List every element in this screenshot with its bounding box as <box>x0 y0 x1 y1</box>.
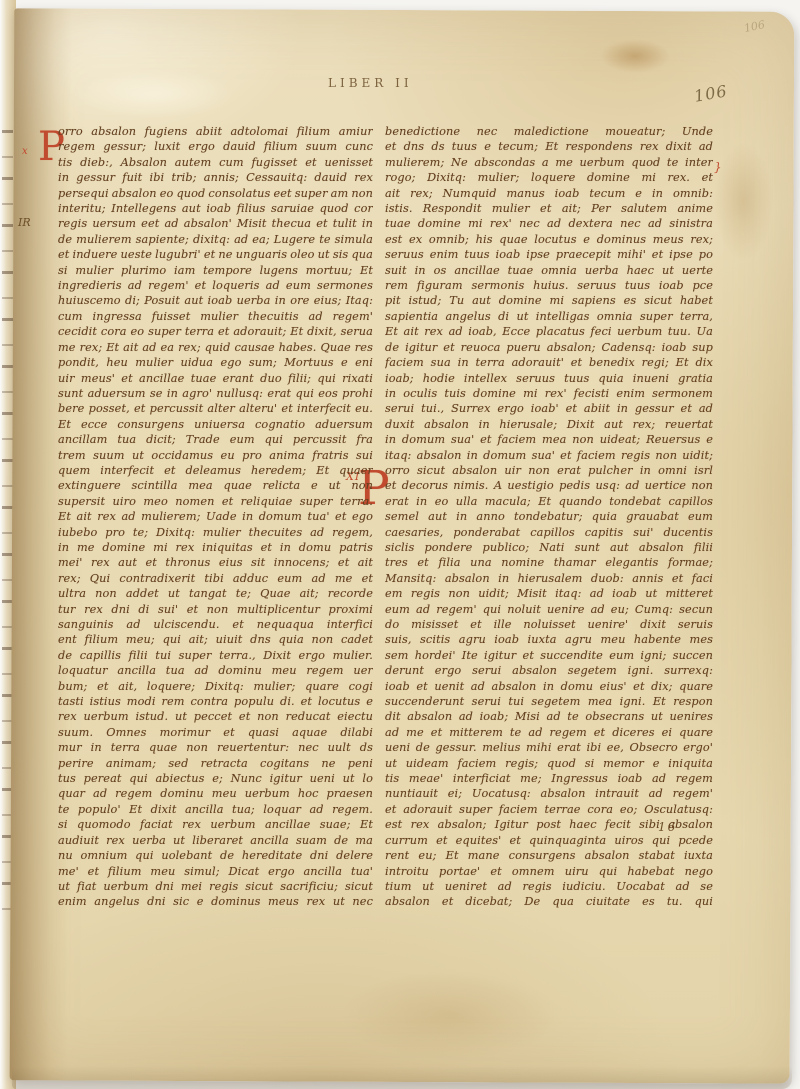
manuscript-line: sanguinis ad ulciscendu. et nequaqua int… <box>58 617 373 632</box>
manuscript-line: tuae domine mi rex' nec ad dextera nec a… <box>385 216 713 231</box>
manuscript-line: nu omnium qui uolebant de hereditate dni… <box>58 848 373 863</box>
manuscript-line: me rex; Et ait ad ea rex; quid causae ha… <box>58 340 373 355</box>
manuscript-line: orro absalon fugiens abiit adtolomai fil… <box>58 124 373 139</box>
manuscript-line: derunt ergo serui absalon segetem igni. … <box>385 663 713 678</box>
manuscript-line: et induere ueste lugubri' et ne unguaris… <box>58 247 373 262</box>
manuscript-line: perire animam; sed retracta cogitans ne … <box>58 756 373 771</box>
manuscript-line: erat in eo ulla macula; Et quando tondeb… <box>385 494 713 509</box>
manuscript-line: sem hordei' Ite igitur et succendite eum… <box>385 648 713 663</box>
manuscript-line: tis meae' interficiat me; Ingressus ioab… <box>385 771 713 786</box>
parchment-highlight <box>74 69 234 120</box>
manuscript-line: duxit absalon in hierusale; Dixit aut re… <box>385 417 713 432</box>
manuscript-line: bere posset, et percussit alter alteru' … <box>58 401 373 416</box>
manuscript-line: in gessur fuit ibi trib; annis; Cessauit… <box>58 170 373 185</box>
manuscript-line: et decorus nimis. A uestigio pedis usq: … <box>385 478 713 493</box>
text-column-right: benedictione nec maledictione moueatur; … <box>385 124 713 910</box>
manuscript-line: trem suum ut occidamus eu pro anima frat… <box>58 448 373 463</box>
manuscript-line: ingredieris ad regem' et loqueris ad eum… <box>58 278 373 293</box>
manuscript-line: Et ait rex ad mulierem; Uade in domum tu… <box>58 509 373 524</box>
manuscript-line: caesaries, ponderabat capillos capitis s… <box>385 525 713 540</box>
manuscript-line: pondit, heu mulier uidua ego sum; Mortuu… <box>58 355 373 370</box>
manuscript-line: suis, scitis agru ioab iuxta agru meu ha… <box>385 632 713 647</box>
manuscript-line: rogo; Dixitq: mulier; loquere domine mi … <box>385 170 713 185</box>
manuscript-line: semel aut in anno tondebatur; quia graua… <box>385 509 713 524</box>
manuscript-line: enim angelus dni sic e dominus meus rex … <box>58 894 373 909</box>
running-title: LIBER II <box>328 76 413 90</box>
manuscript-line: do misisset et ille noluisset uenire' di… <box>385 617 713 632</box>
manuscript-line: cum ingressa fuisset mulier thecuitis ad… <box>58 309 373 324</box>
manuscript-line: absalon et dicebat; De qua ciuitate es t… <box>385 894 713 909</box>
manuscript-line: mur in terra quae non reuertentur: nec u… <box>58 740 373 755</box>
manuscript-line: tium ut ueniret ad regis iudiciu. Uocaba… <box>385 879 713 894</box>
manuscript-line: in oculis tuis domine mi rex' fecisti en… <box>385 386 713 401</box>
manuscript-line: ultra non addet ut tangat te; Quae ait; … <box>58 586 373 601</box>
manuscript-line: mei' rex aut et thronus eius sit innocen… <box>58 555 373 570</box>
manuscript-line: suum. Omnes morimur et quasi aquae dilab… <box>58 725 373 740</box>
manuscript-line: rex; Qui contradixerit tibi adduc eum ad… <box>58 571 373 586</box>
manuscript-line: Et ait rex ad ioab, Ecce placatus feci u… <box>385 324 713 339</box>
manuscript-line: et dns ds tuus e tecum; Et respondens re… <box>385 139 713 154</box>
manuscript-line: Mansitq: absalon in hierusalem duob: ann… <box>385 571 713 586</box>
parchment-stain <box>713 141 774 261</box>
manuscript-line: istis. Respondit mulier et ait; Per salu… <box>385 201 713 216</box>
manuscript-line: ut fiat uerbum dni mei regis sicut sacri… <box>58 879 373 894</box>
manuscript-line: Et ecce consurgens uniuersa cognatio adu… <box>58 417 373 432</box>
manuscript-line: mulierem; Ne abscondas a me uerbum quod … <box>385 155 713 170</box>
manuscript-line: de igitur et reuoca pueru absalon; Caden… <box>385 340 713 355</box>
manuscript-line: rex uerbum istud. ut peccet et non reduc… <box>58 709 373 724</box>
manuscript-line: pit istud; Tu aut domine mi sapiens es s… <box>385 293 713 308</box>
manuscript-line: in me domine mi rex iniquitas et in domu… <box>58 540 373 555</box>
manuscript-line: siclis pondere publico; Nati sunt aut ab… <box>385 540 713 555</box>
manuscript-line: ad me et mitterem te ad regem et diceres… <box>385 725 713 740</box>
manuscript-line: me' et filium meu simul; Dicat ergo anci… <box>58 864 373 879</box>
manuscript-line: in domum sua' et faciem mea non uideat; … <box>385 432 713 447</box>
manuscript-line: nuntiauit ei; Uocatusq: absalon intrauit… <box>385 786 713 801</box>
manuscript-line: ait rex; Numquid manus ioab tecum e in o… <box>385 186 713 201</box>
manuscript-line: tasti istius modi rem contra populu di. … <box>58 694 373 709</box>
manuscript-line: interitu; Intellegens aut ioab filius sa… <box>58 201 373 216</box>
manuscript-line: succenderunt serui tui segetem mea igni.… <box>385 694 713 709</box>
manuscript-line: est ex omnib; his quae locutus e dominus… <box>385 232 713 247</box>
manuscript-line: de mulierem sapiente; dixitq: ad ea; Lug… <box>58 232 373 247</box>
manuscript-line: orro sicut absalon uir non erat pulcher … <box>385 463 713 478</box>
manuscript-line: dit absalon ad ioab; Misi ad te obsecran… <box>385 709 713 724</box>
manuscript-line: ut uideam faciem regis; quod si memor e … <box>385 756 713 771</box>
manuscript-line: regem gessur; luxit ergo dauid filium su… <box>58 139 373 154</box>
manuscript-line: rent eu; Et mane consurgens absalon stab… <box>385 848 713 863</box>
manuscript-line: introitu portae' et omnem uiru qui habeb… <box>385 864 713 879</box>
manuscript-line: ioab et uenit ad absalon in domu eius' e… <box>385 679 713 694</box>
manuscript-line: tis dieb:, Absalon autem cum fugisset et… <box>58 155 373 170</box>
manuscript-line: rem figuram sermonis huius. seruus tuus … <box>385 278 713 293</box>
manuscript-line: de capillis filii tui super terra., Dixi… <box>58 648 373 663</box>
manuscript-line: te populo' Et dixit ancilla tua; loquar … <box>58 802 373 817</box>
manuscript-line: ueni de gessur. melius mihi erat ibi ee,… <box>385 740 713 755</box>
manuscript-line: quem interfecit et deleamus heredem; Et … <box>58 463 373 478</box>
manuscript-line: bum; et ait, loquere; Dixitq: mulier; qu… <box>58 679 373 694</box>
text-column-left: orro absalon fugiens abiit adtolomai fil… <box>58 124 373 910</box>
manuscript-line: cecidit cora eo super terra et adorauit;… <box>58 324 373 339</box>
manuscript-line: et adorauit super faciem terrae cora eo;… <box>385 802 713 817</box>
manuscript-line: est rex absalon; Igitur post haec fecit … <box>385 817 713 832</box>
manuscript-line: si mulier plurimo iam tempore lugens mor… <box>58 263 373 278</box>
manuscript-line: currum et equites' et quinquaginta uiros… <box>385 833 713 848</box>
manuscript-line: tur rex dni di sui' et non multiplicentu… <box>58 602 373 617</box>
page-bottom-shadow <box>12 1066 792 1089</box>
manuscript-line: sunt aduersum se in agro' nullusq: erat … <box>58 386 373 401</box>
manuscript-line: ioab; hodie intellex seruus tuus quia in… <box>385 371 713 386</box>
manuscript-line: ent filium meu; qui ait; uiuit dns quia … <box>58 632 373 647</box>
manuscript-line: eum ad regem' qui noluit uenire ad eu; C… <box>385 602 713 617</box>
red-line-end-mark: } <box>714 160 722 174</box>
parchment-stain <box>600 39 670 73</box>
photograph-background: LIBER II 106 106 x IR XI } 16 P P orro a… <box>0 0 800 1089</box>
manuscript-line: benedictione nec maledictione moueatur; … <box>385 124 713 139</box>
manuscript-line: seruus enim tuus ioab ipse praecepit mih… <box>385 247 713 262</box>
manuscript-line: supersit uiro meo nomen et reliquiae sup… <box>58 494 373 509</box>
manuscript-line: itaq: absalon in domum sua' et faciem re… <box>385 448 713 463</box>
manuscript-line: regis uersum eet ad absalon' Misit thecu… <box>58 216 373 231</box>
manuscript-line: audiuit rex uerba ut liberaret ancilla s… <box>58 833 373 848</box>
manuscript-line: serui tui., Surrex ergo ioab' et abiit i… <box>385 401 713 416</box>
manuscript-line: tres et filia una nomine thamar eleganti… <box>385 555 713 570</box>
left-margin-note: IR <box>18 216 31 229</box>
manuscript-line: extinguere scintilla mea quae relicta e … <box>58 478 373 493</box>
manuscript-line: quar ad regem dominu meu uerbum hoc prae… <box>58 786 373 801</box>
manuscript-line: ancillam tua dicit; Trade eum qui percus… <box>58 432 373 447</box>
manuscript-line: sapientia angelus di ut intelligas omnia… <box>385 309 713 324</box>
manuscript-line: si quomodo faciat rex uerbum ancillae su… <box>58 817 373 832</box>
parchment-stain <box>340 970 560 1061</box>
manuscript-line: faciem sua in terra adorauit' et benedix… <box>385 355 713 370</box>
manuscript-line: tus pereat qui abiectus e; Nunc igitur u… <box>58 771 373 786</box>
left-margin-red-mark: x <box>22 146 28 157</box>
manuscript-line: loquatur ancilla tua ad dominu meu regem… <box>58 663 373 678</box>
manuscript-line: uir meus' et ancillae tuae erant duo fil… <box>58 371 373 386</box>
manuscript-line: em regis non uidit; Misit itaq: ad ioab … <box>385 586 713 601</box>
manuscript-line: persequi absalon eo quod consolatus eet … <box>58 186 373 201</box>
manuscript-line: iubebo pro te; Dixitq: mulier thecuites … <box>58 525 373 540</box>
manuscript-line: huiuscemo di; Posuit aut ioab uerba in o… <box>58 293 373 308</box>
manuscript-line: suit in os ancillae tuae omnia uerba hae… <box>385 263 713 278</box>
